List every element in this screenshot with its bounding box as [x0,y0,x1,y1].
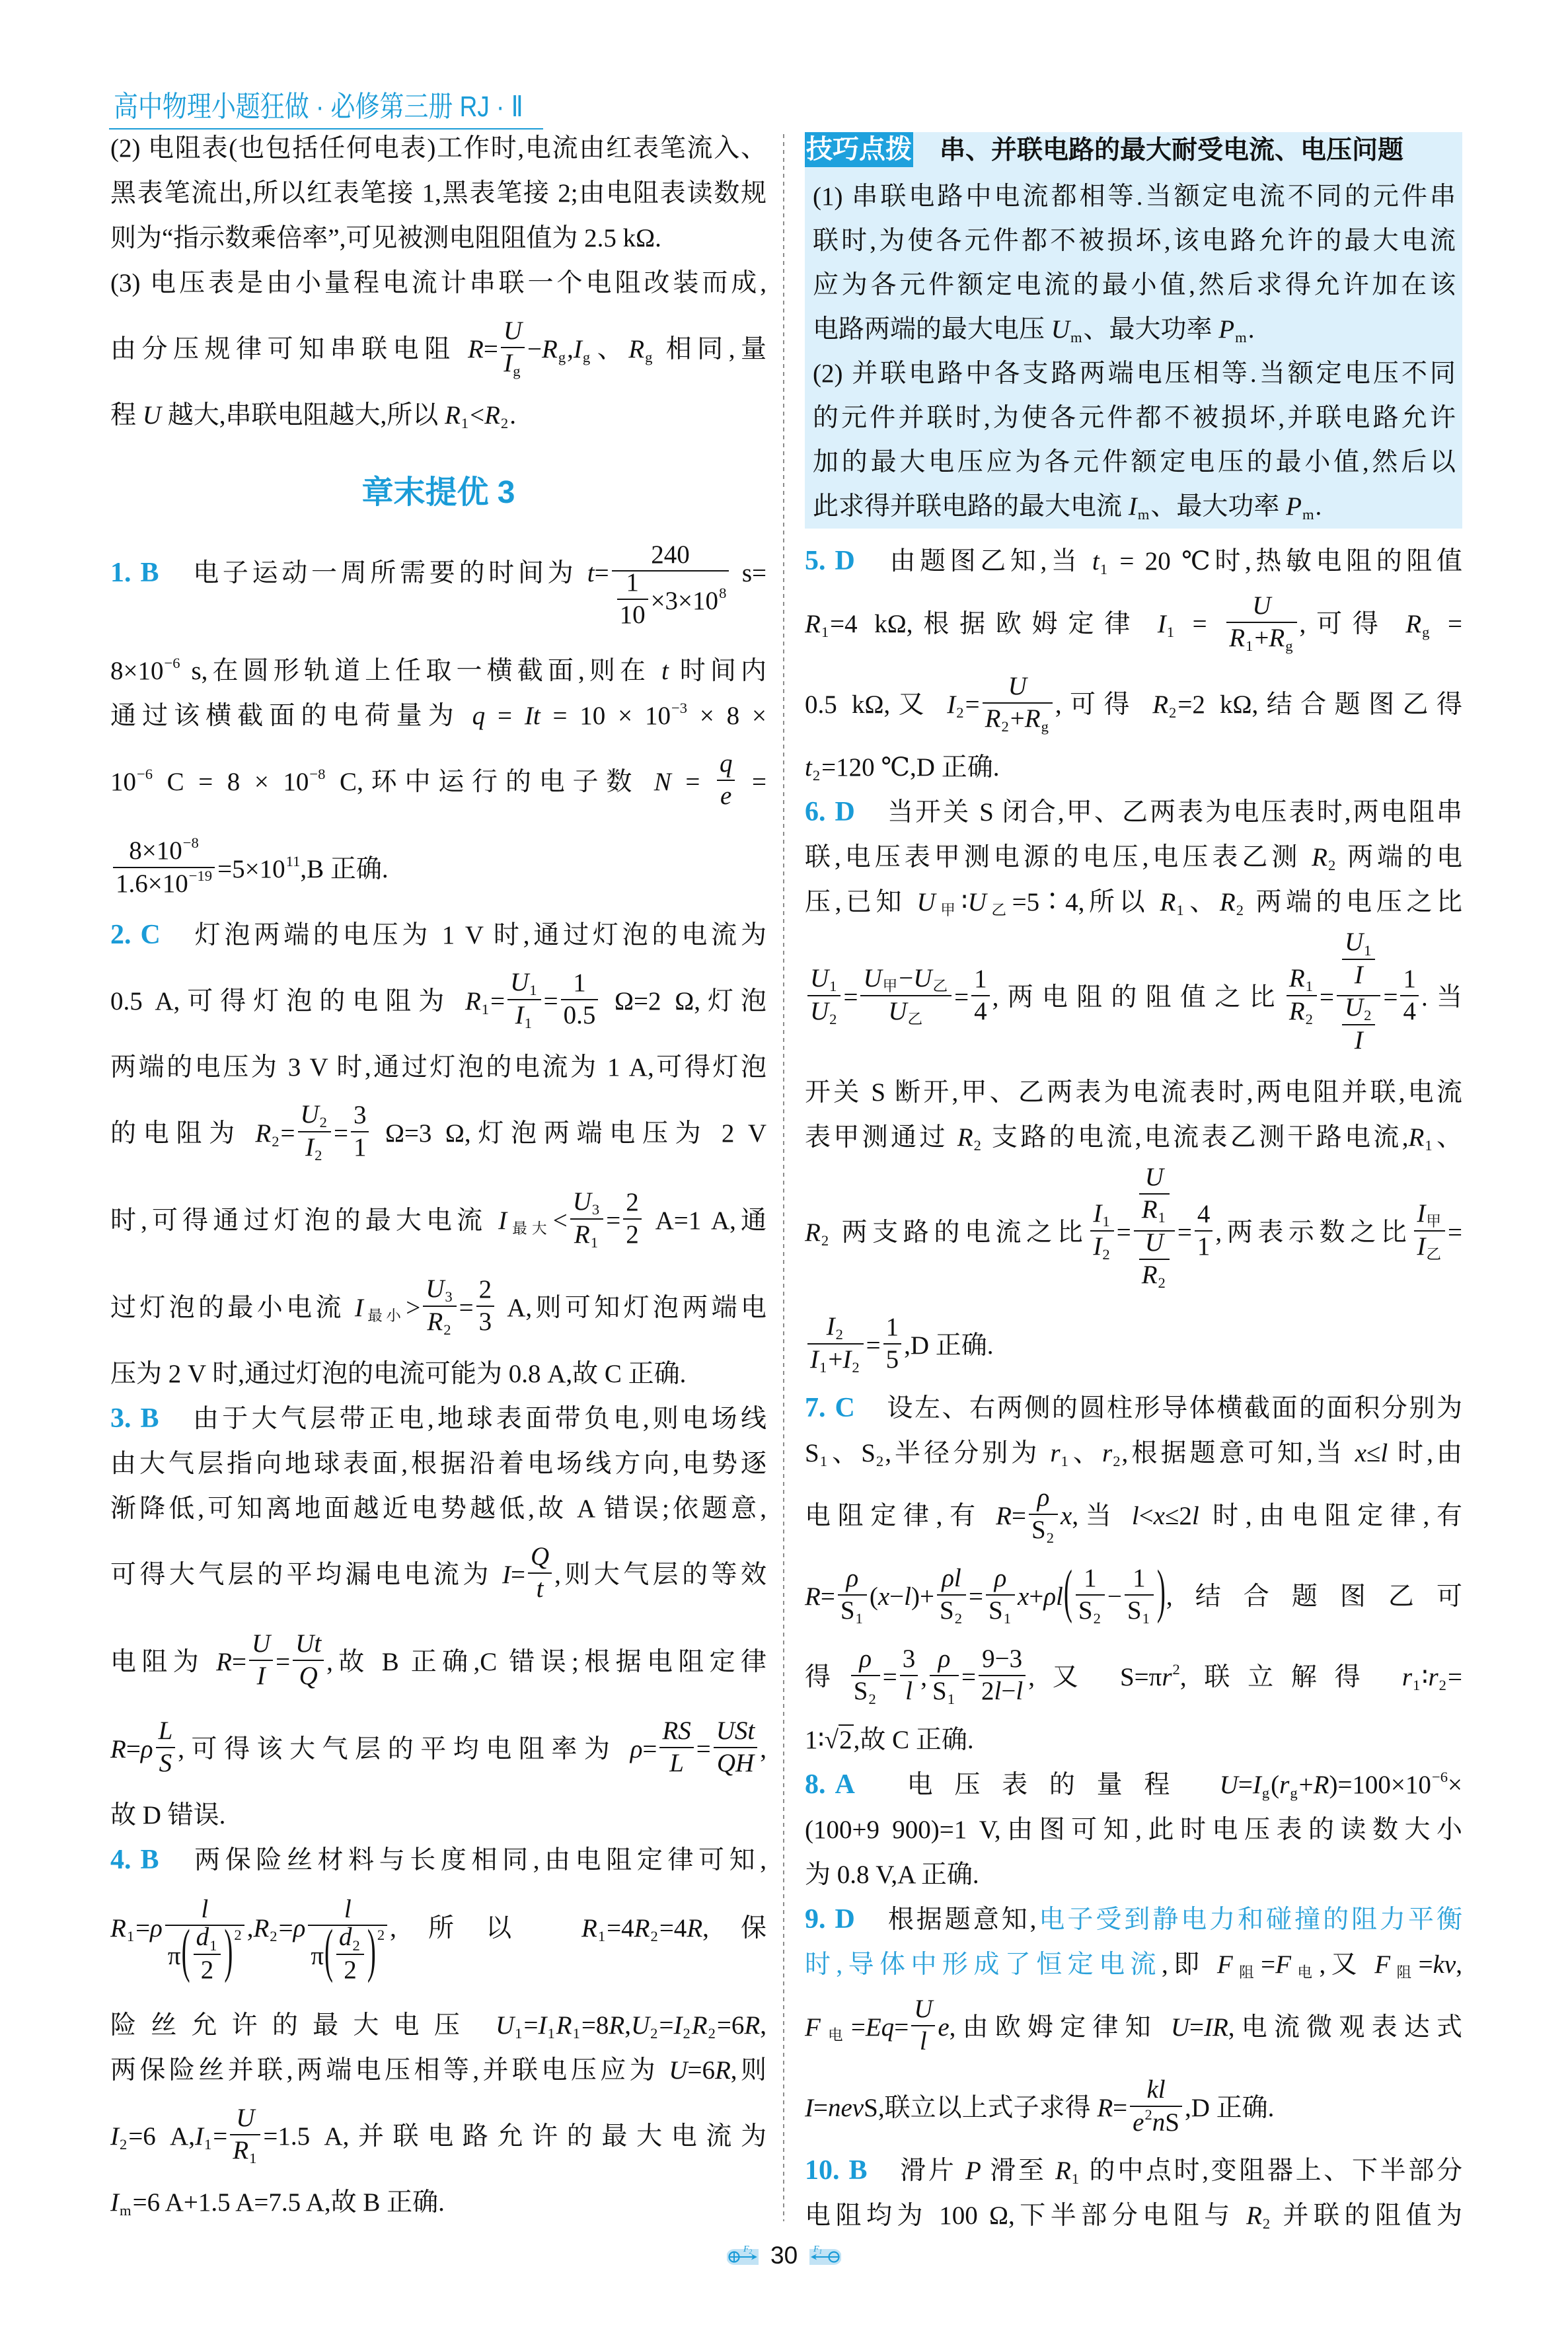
text-line: 时,导体中形成了恒定电流,即 F阻=F电,又 F阻=kv, [805,1942,1462,1987]
subscript: 2 [1102,1246,1109,1263]
subscript: 1 [529,982,537,998]
text-run: = [1117,1218,1131,1247]
superscript: −8 [309,766,325,782]
denominator: R2 [423,1307,456,1338]
text-run: s,在圆形轨道上任取一横截面,则在 [180,657,661,685]
text-run: 、 [1434,1123,1462,1152]
text-line: 应为各元件额定电流的最小值,然后求得允许加在该 [813,263,1456,307]
denominator: R2 [1139,1260,1170,1291]
text-line: 表甲测通过 R2 支路的电流,电流表乙测干路电流,R1、 [805,1115,1462,1160]
math-variable: U [426,1274,444,1303]
left-parenthesis [1064,1559,1072,1627]
text-line: 故 D 错误. [110,1793,766,1838]
answer-label: 3.B [110,1405,159,1432]
answer-label: 2.C [110,921,161,949]
fraction: 22 [623,1188,642,1250]
text-line: R1=4 kΩ,根据欧姆定律 I1 = UR1+Rg,可得 Rg = [805,584,1462,665]
denominator: 2l−l [979,1676,1026,1707]
denominator: l [900,1676,918,1707]
text-run: = [1238,1771,1253,1799]
text-run: > [406,1294,420,1322]
force-label: F2 [743,2244,753,2255]
math-variable: R [1097,2094,1113,2122]
denominator: 1 [1195,1232,1213,1262]
answer-choice: B [849,2155,868,2186]
denominator: e2nS [1130,2107,1182,2138]
text-line: I2I1+I2=15,D 正确. [805,1306,1462,1386]
denominator: 1.6×10−19 [113,868,215,899]
text-run: = [965,690,980,719]
math-variable: R [715,2056,731,2085]
subscript: 2 [1158,1274,1166,1291]
text-run: = [135,1914,150,1942]
text-run: − [889,1582,904,1611]
text-run: ,故 B 正确,C 错误;根据电阻定律 [326,1648,766,1676]
subscript: 1 [525,1015,532,1031]
subscript: 1 [1100,561,1107,577]
subscript: 1 [1176,902,1183,918]
math-variable: t [1092,547,1100,575]
subscript: 2 [1047,1530,1054,1546]
math-variable: F [1275,1950,1291,1979]
text-run: + [1254,624,1269,652]
superscript: −8 [183,834,199,851]
numerator: 1 [971,965,990,996]
math-variable: q [472,702,486,730]
text-run: 压,已知 [805,888,917,916]
text-run: 并联的阻值为 [1271,2201,1462,2230]
fraction: U1I1 [507,968,541,1031]
math-variable: I [1355,961,1363,989]
subscript: 1 [1158,1209,1166,1226]
answer-label: 4.B [110,1846,159,1874]
fraction: ρS1 [986,1564,1015,1627]
text-run: 10 [110,768,136,796]
text-run: ≤2 [1165,1502,1192,1530]
text-run: ,即 [1162,1950,1217,1979]
denominator: 10 [617,600,648,630]
group-content: 1S2−1S1 [1073,1582,1156,1611]
math-variable: U [1145,1228,1164,1257]
superscript: 8 [719,585,726,601]
numerator: 3 [900,1644,918,1676]
text-line: (3) 电压表是由小量程电流计串联一个电阻改装而成, [110,261,766,306]
subscript: 2 [1328,857,1335,873]
math-variable: I [1355,1026,1363,1054]
numerator: U [983,672,1053,704]
math-variable: R [1055,2157,1071,2185]
text-run: − [899,964,913,992]
subscript: 2 [1306,1011,1313,1027]
denominator: U2 [807,996,840,1027]
denominator: I [249,1661,273,1691]
math-variable: L [669,1749,684,1777]
math-variable: I [110,2122,119,2151]
math-variable: U [913,964,932,992]
text-run: < [470,401,484,429]
superscript: 2 [377,1927,385,1943]
text-run: 2 [344,1956,357,1984]
answer-choice: D [835,1904,855,1935]
text-run: . [1248,315,1255,344]
group-content: d22 [334,1942,367,1970]
denominator: I2 [1090,1232,1113,1263]
subscript: 2 [320,1114,327,1130]
text-run: 4 [974,997,987,1025]
text-run: = [595,559,609,587]
text-run: , [920,1663,927,1691]
denominator: πd122 [165,1926,244,1989]
text-run: 的电阻为 [110,1119,255,1148]
book-title: 高中物理小题狂做 · 必修第三册 RJ · Ⅱ [114,89,523,126]
subscript: 1 [461,415,468,431]
numerator: 1 [617,568,648,600]
parenthesized-group: 1S2−1S1 [1063,1568,1166,1631]
fraction: U3R2 [423,1274,456,1338]
text-run: , [760,2011,766,2040]
math-variable: R [1142,1195,1158,1224]
subscript: 2 [1169,704,1176,721]
text-run: = [511,1561,525,1589]
math-variable: R [1220,888,1236,916]
fraction: UR1 [1139,1163,1170,1226]
text-run: S [1078,1596,1093,1625]
subscript: 阻 [1391,1964,1417,1981]
text-run: = [813,2094,828,2122]
text-run: = [659,2011,673,2040]
text-line: 0.5 kΩ,又 I2=UR2+Rg,可得 R2=2 kΩ,结合题图乙得 [805,665,1462,745]
text-run: = [484,335,498,363]
math-variable: ρ [938,1644,951,1673]
text-run: ≤ [1366,1439,1380,1467]
subscript: 1 [249,2150,256,2166]
text-run: (3) 电压表是由小量程电流计串联一个电阻改装而成, [110,269,766,297]
numerator: U3 [423,1274,456,1307]
subscript: 1 [856,1610,863,1627]
math-variable: R [1229,624,1245,652]
text-line: (2) 电阻表(也包括任何电表)工作时,电流由红表笔流入、 [110,126,766,171]
math-variable: R [744,2011,760,2040]
force-index: 2 [749,2248,753,2255]
text-run: ∶ [961,888,967,916]
text-run: 0.5 kΩ,又 [805,690,947,719]
math-variable: R [1405,610,1421,638]
text-run: , [624,2011,631,2040]
text-run: 由分压规律可知串联电阻 [110,335,468,363]
text-run: ,可得 [1055,690,1152,719]
subscript: 2 [683,2025,690,2042]
numerator: 1 [1125,1564,1154,1596]
text-run: 4 [1197,1200,1211,1228]
denominator: 2 [623,1220,642,1250]
answer-number: 10. [805,2155,840,2186]
answer-label: 7.C [805,1394,855,1422]
positive-charge-force-graphic: F2 [727,2243,759,2266]
numerator: U1 [1342,928,1375,960]
math-variable: R [465,987,481,1015]
math-variable: ρ [141,1735,153,1763]
fraction: 9−32l−l [979,1644,1026,1707]
text-line: R2 两支路的电流之比I1I2=UR1UR2=41,两表示数之比I甲I乙= [805,1160,1462,1306]
math-variable: ρ [846,1564,858,1592]
math-variable: Eq [866,2013,894,2042]
answer-item: 8.A电压表的量程 U=Ig(rg+R)=100×10−6×(100+9 900… [805,1763,1462,1898]
answer-label: 1.B [110,559,159,587]
text-run: =1.5 A,并联电路允许的最大电流为 [263,2122,766,2151]
text-run: 电子运动一周所需要的时间为 [190,559,587,587]
numerator: UR1 [1134,1167,1175,1232]
text-run: ,故 C 正确. [854,1726,974,1754]
radicand: 2 [839,1724,854,1754]
denominator: QH [714,1748,758,1779]
math-variable: R [687,1914,702,1942]
text-run: =2 kΩ,结合题图乙得 [1177,690,1462,719]
right-parenthesis [367,1919,376,1987]
subscript: 2 [974,1137,981,1154]
text-run: ,可得 [1300,610,1406,638]
text-line: 电阻定律,有 R=ρS2x,当 l<x≤2l 时,由电阻定律,有 [805,1476,1462,1557]
answer-choice: A [835,1769,855,1800]
math-variable: R [609,2011,624,2040]
subscript: 1 [1364,942,1371,959]
math-variable: U [863,964,881,992]
text-run: = [485,702,525,730]
column-divider [783,134,784,2221]
subscript: 乙 [932,978,948,994]
text-line: 压为 2 V 时,通过灯泡的电流可能为 0.8 A,故 C 正确. [110,1352,766,1397]
text-run: ,联立解得 [1180,1663,1402,1691]
superscript: −3 [671,700,687,716]
text-run: × [1448,1771,1462,1799]
text-run: ,两表示数之比 [1215,1218,1411,1247]
text-run: 联时,为使各元件都不被损坏,该电路允许的最大电流 [813,227,1456,255]
math-variable: R [1160,888,1176,916]
text-run: ,由欧姆定律知 [950,2013,1171,2042]
section-heading-text: 章末提优 3 [361,466,515,512]
numerator: I1 [1090,1199,1113,1232]
text-run: =8 [581,2011,609,2040]
text-run: 2 [201,1956,214,1984]
denominator: 110×3×108 [612,572,729,634]
text-run: ,根据题意可知,当 [1122,1439,1355,1467]
text-run: 得 [805,1663,848,1691]
text-line: R1=ρlπd122,R2=ρlπd222,所以 R1=4R2=4R,保 [110,1883,766,2003]
math-variable: I [355,1294,363,1322]
numerator: 1 [1400,965,1419,996]
answer-label: 6.D [805,798,855,826]
numerator: 4 [1195,1200,1213,1232]
fraction: UR1+Rg [1226,591,1296,654]
numerator: U [1226,591,1296,623]
superscript: −6 [165,655,180,671]
answer-number: 2. [110,920,131,950]
text-line: 6.D当开关 S 闭合,甲、乙两表为电压表时,两电阻串 [805,790,1462,835]
paragraph: (3) 电压表是由小量程电流计串联一个电阻改装而成,由分压规律可知串联电阻 R=… [110,261,766,438]
math-variable: d [339,1923,352,1951]
answer-item: 1.B电子运动一周所需要的时间为 t=240110×3×108 s=8×10−6… [110,529,766,913]
fraction: 31 [351,1101,369,1163]
text-run: =120 ℃,D 正确. [821,753,999,782]
group-content: d12 [191,1942,224,1970]
subscript: 1 [1004,1610,1011,1627]
subscript: 电 [1292,1964,1318,1981]
text-run: 表甲测通过 [805,1123,957,1152]
fraction: 14 [1400,965,1419,1027]
text-line: 的元件并联时,为使各元件都不被损坏,并联电路允许 [813,396,1456,440]
math-variable: RS [662,1716,691,1745]
text-line: (1) 串联电路中电流都相等.当额定电流不同的元件串 [813,174,1456,219]
text-run: ,所以 [390,1914,581,1942]
text-line: 则为“指示数乘倍率”,可见被测电阻阻值为 2.5 kΩ. [110,216,766,261]
text-run: = [276,1648,290,1676]
text-run: 4 [1403,997,1416,1025]
numerator: I2 [807,1312,864,1345]
numerator: ρ [1029,1483,1058,1515]
math-variable: t [587,559,595,587]
highlighted-text: 电子受到静电力和碰撞的阻力平衡 [1036,1905,1462,1934]
text-run: 8×10 [110,657,164,685]
subscript: 2 [353,1937,360,1954]
answer-number: 1. [110,558,131,588]
math-variable: t [537,1574,544,1603]
answer-label: 5.D [805,547,855,575]
text-run: = [126,1735,141,1763]
fraction: 1S1 [1125,1564,1154,1627]
fraction: 110 [617,568,648,630]
answer-choice: C [835,1393,855,1423]
numerator: L [156,1716,176,1748]
text-run: 时,由 [1388,1439,1462,1467]
text-line: 联,电压表甲测电源的电压,电压表乙测 R2 两端的电 [805,835,1462,880]
denominator: S [156,1748,176,1779]
highlighted-text: 时,导体中形成了恒定电流 [805,1950,1162,1979]
numerator: U [249,1629,273,1661]
text-run: = [1448,1218,1462,1247]
text-run: 由大气层指向地球表面,根据沿着电场线方向,电势逐 [110,1450,766,1478]
force-symbol: F [813,2244,819,2254]
math-variable: S [159,1749,172,1777]
subscript: 1 [821,624,829,640]
text-run: 时,由电阻定律,有 [1199,1502,1462,1530]
denominator: S1 [930,1676,959,1707]
text-run: 1∶ [805,1726,825,1754]
math-variable: I [498,1206,507,1235]
math-variable: U [143,401,161,429]
math-variable: R [110,1735,126,1763]
math-variable: R [1314,1771,1329,1799]
numerator: 1 [883,1313,902,1345]
text-run: . [509,401,516,429]
text-run: s= [731,559,766,587]
denominator: πd222 [308,1926,387,1989]
subscript: g [1290,1785,1297,1801]
denominator: S2 [937,1596,966,1627]
text-run: 压为 2 V 时,通过灯泡的电流可能为 0.8 A,故 C 正确. [110,1360,686,1388]
math-variable: r [1102,1439,1112,1467]
text-line: I=nevS,联立以上式子求得 R=kle2nS,D 正确. [805,2068,1462,2149]
denominator: 5 [883,1345,902,1375]
math-variable: kv [1433,1950,1456,1979]
subscript: 3 [592,1201,599,1218]
answer-number: 7. [805,1393,826,1423]
math-variable: I [504,349,512,377]
math-variable: x [1154,1502,1165,1530]
answer-number: 8. [805,1769,826,1800]
subscript: g [513,363,520,379]
numerator: d2 [336,1923,364,1955]
fraction: UStQH [714,1716,758,1779]
subscript: 2 [829,1011,837,1027]
text-line: 8×10−81.6×10−19=5×1011,B 正确. [110,826,766,913]
tip-title: 串、并联电路的最大耐受电流、电压问题 [940,132,1403,169]
text-run: 相同,量 [653,335,766,363]
text-run: S [940,1596,954,1625]
parenthesized-group: d222 [324,1927,385,1989]
text-run: 3 [479,1308,492,1336]
text-run: 滑片 [898,2157,965,2185]
answer-item: 4.B两保险丝材料与长度相同,由电阻定律可知,R1=ρlπd122,R2=ρlπ… [110,1838,766,2225]
text-line: 两端的电压为 3 V 时,通过灯泡的电流为 1 A,可得灯泡 [110,1045,766,1090]
subscript: 2 [868,1691,876,1707]
math-variable: U [914,1995,932,2023]
math-variable: R [1269,624,1285,652]
subscript: 2 [821,1232,829,1249]
math-variable: l [344,1895,352,1923]
math-variable: n [1152,2108,1166,2137]
numerator: 3 [351,1101,369,1132]
subscript: g [558,349,566,365]
text-run: ,当 [1072,1502,1132,1530]
text-run: 、最大功率 [1084,315,1219,344]
numerator: U [911,1995,935,2026]
text-run: 1.6×10 [116,869,188,898]
fraction: 14 [971,965,990,1027]
page-number: 30 [770,2242,798,2269]
fraction: 41 [1195,1200,1213,1262]
denominator: I [1342,1025,1375,1056]
text-run: + [1029,1582,1043,1611]
fraction: UIg [501,316,525,379]
math-variable: U [888,997,907,1025]
fraction: 8×10−81.6×10−19 [113,836,215,899]
text-run: 9−3 [982,1644,1022,1673]
text-run: S [1165,2108,1179,2137]
right-parenthesis [224,1919,233,1987]
fraction: 23 [476,1275,495,1337]
numerator: 1 [561,969,599,1000]
numerator: Q [528,1542,552,1574]
math-variable: I [574,335,582,363]
answer-item: 9.D根据题意知,电子受到静电力和碰撞的阻力平衡时,导体中形成了恒定电流,即 F… [805,1898,1462,2149]
subscript: 1 [1306,978,1313,994]
text-run: S [1031,1516,1046,1544]
subscript: m [1070,329,1082,346]
text-run: 1 [626,568,639,597]
math-variable: I [1129,492,1137,521]
subscript: 1 [573,2025,580,2042]
denominator: 2 [336,1955,364,1985]
math-variable: q [720,749,733,778]
numerator: ρ [838,1564,867,1596]
numerator: d1 [194,1923,221,1955]
math-variable: x [1018,1582,1029,1611]
denominator: t [528,1574,552,1604]
subscript: 2 [1236,902,1244,918]
text-run: ,又 [1319,1950,1374,1979]
math-variable: R [1409,1123,1425,1152]
answer-number: 4. [110,1845,131,1875]
math-variable: U [1345,993,1363,1021]
